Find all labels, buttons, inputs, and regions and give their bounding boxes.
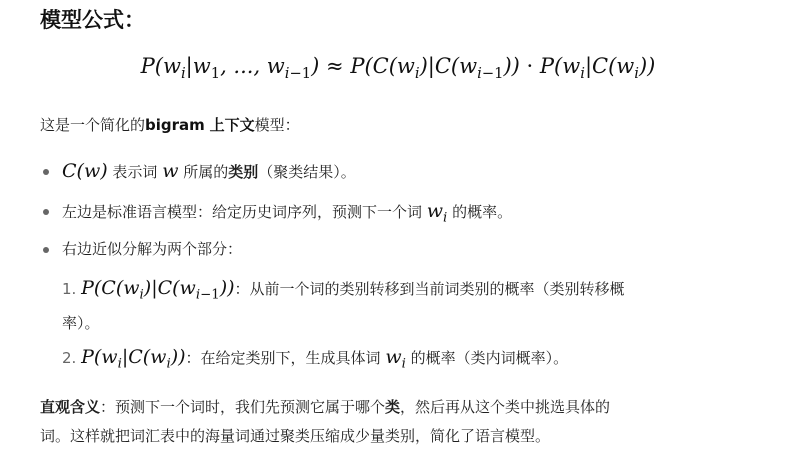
math-w: w [162, 160, 178, 182]
intro-paragraph: 这是一个简化的bigram 上下文模型： [40, 114, 300, 135]
numbered-item-1-cont: 率）。 [62, 312, 100, 333]
numbered-item-1: 1. P(C(wi)|C(wi−1))：从前一个词的类别转移到当前词类别的概率（… [62, 277, 625, 299]
math-wi: wi [427, 200, 448, 222]
bullet-dot-icon [43, 247, 49, 253]
math-word-in-class: P(wi|C(wi)) [81, 346, 185, 368]
bigram-label: bigram [145, 116, 205, 134]
formula-dot: · [527, 54, 534, 78]
bullet-dot-icon [43, 209, 49, 215]
bullet-dot-icon [43, 169, 49, 175]
math-class-transition: P(C(wi)|C(wi−1)) [81, 277, 234, 299]
math-wi: wi [385, 346, 406, 368]
model-formula: P(wi|w1, ..., wi−1) ≈ P(C(wi)|C(wi−1)) ·… [0, 54, 796, 78]
formula-approx: ≈ [326, 54, 344, 78]
conclusion-paragraph: 直观含义：预测下一个词时，我们先预测它属于哪个类，然后再从这个类中挑选具体的 词… [40, 393, 740, 451]
formula-lhs: P(wi|w1, ..., wi−1) [141, 54, 320, 78]
formula-rhs-part1: P(C(wi)|C(wi−1)) [350, 54, 520, 78]
context-label: 上下文 [210, 116, 255, 134]
formula-rhs-part2: P(wi|C(wi)) [540, 54, 655, 78]
section-heading: 模型公式： [40, 4, 145, 34]
math-cw: C(w) [62, 160, 108, 182]
numbered-item-2: 2. P(wi|C(wi))：在给定类别下，生成具体词 wi 的概率（类内词概率… [62, 346, 568, 368]
